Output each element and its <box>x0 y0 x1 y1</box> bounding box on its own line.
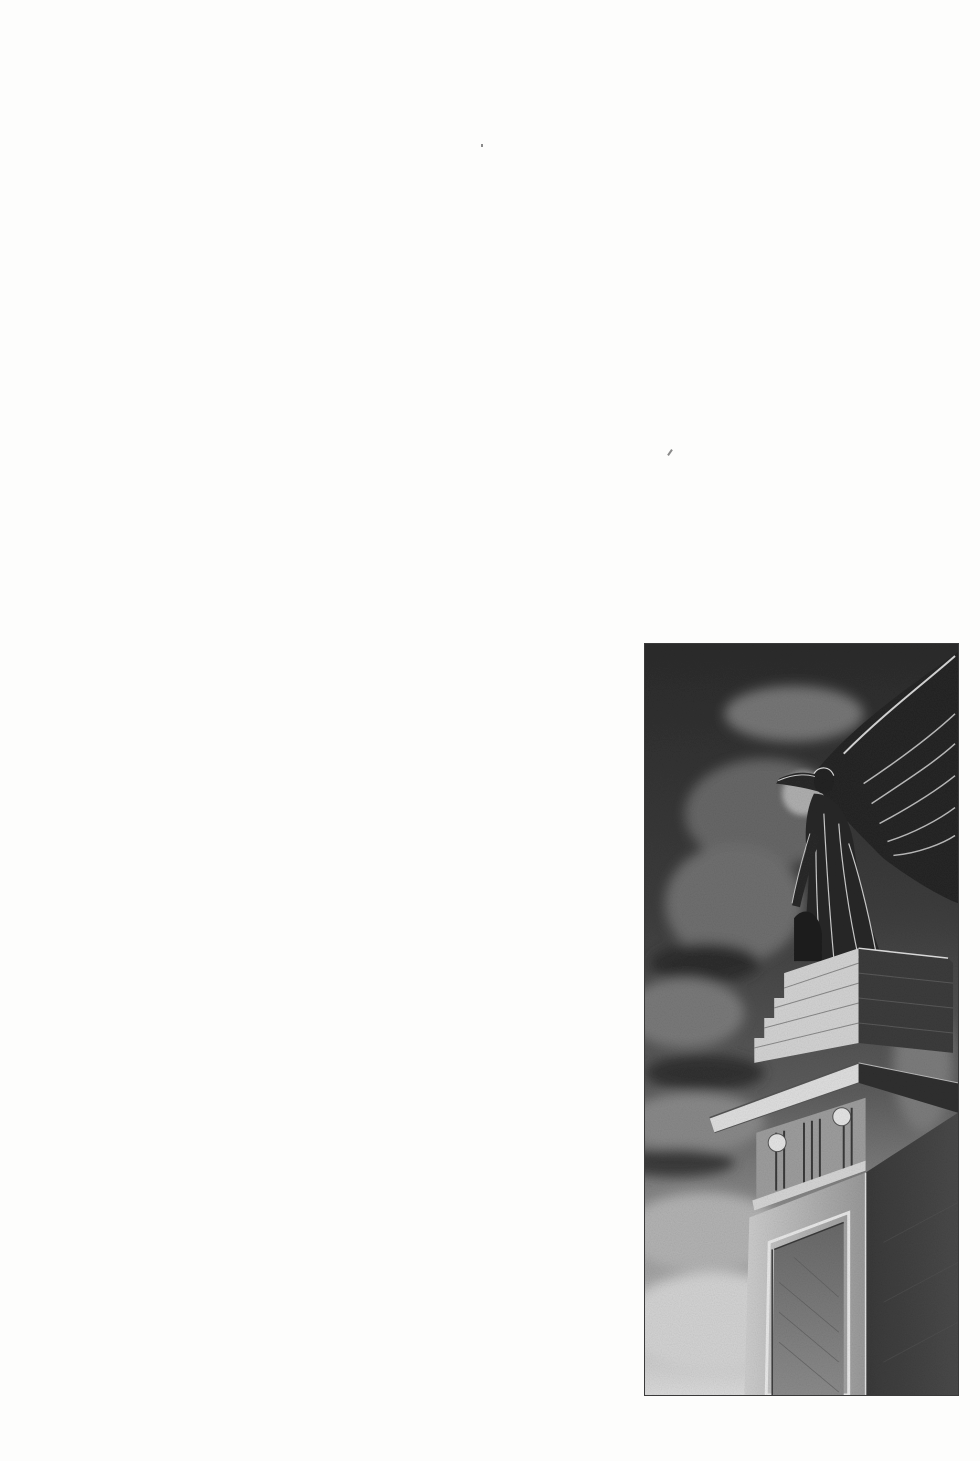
angel-statue-illustration <box>645 644 958 1395</box>
rosette <box>833 1108 851 1126</box>
ink-speck <box>481 144 483 147</box>
illustration-panel <box>644 643 959 1396</box>
ink-speck <box>667 449 673 456</box>
rosette <box>768 1134 786 1152</box>
